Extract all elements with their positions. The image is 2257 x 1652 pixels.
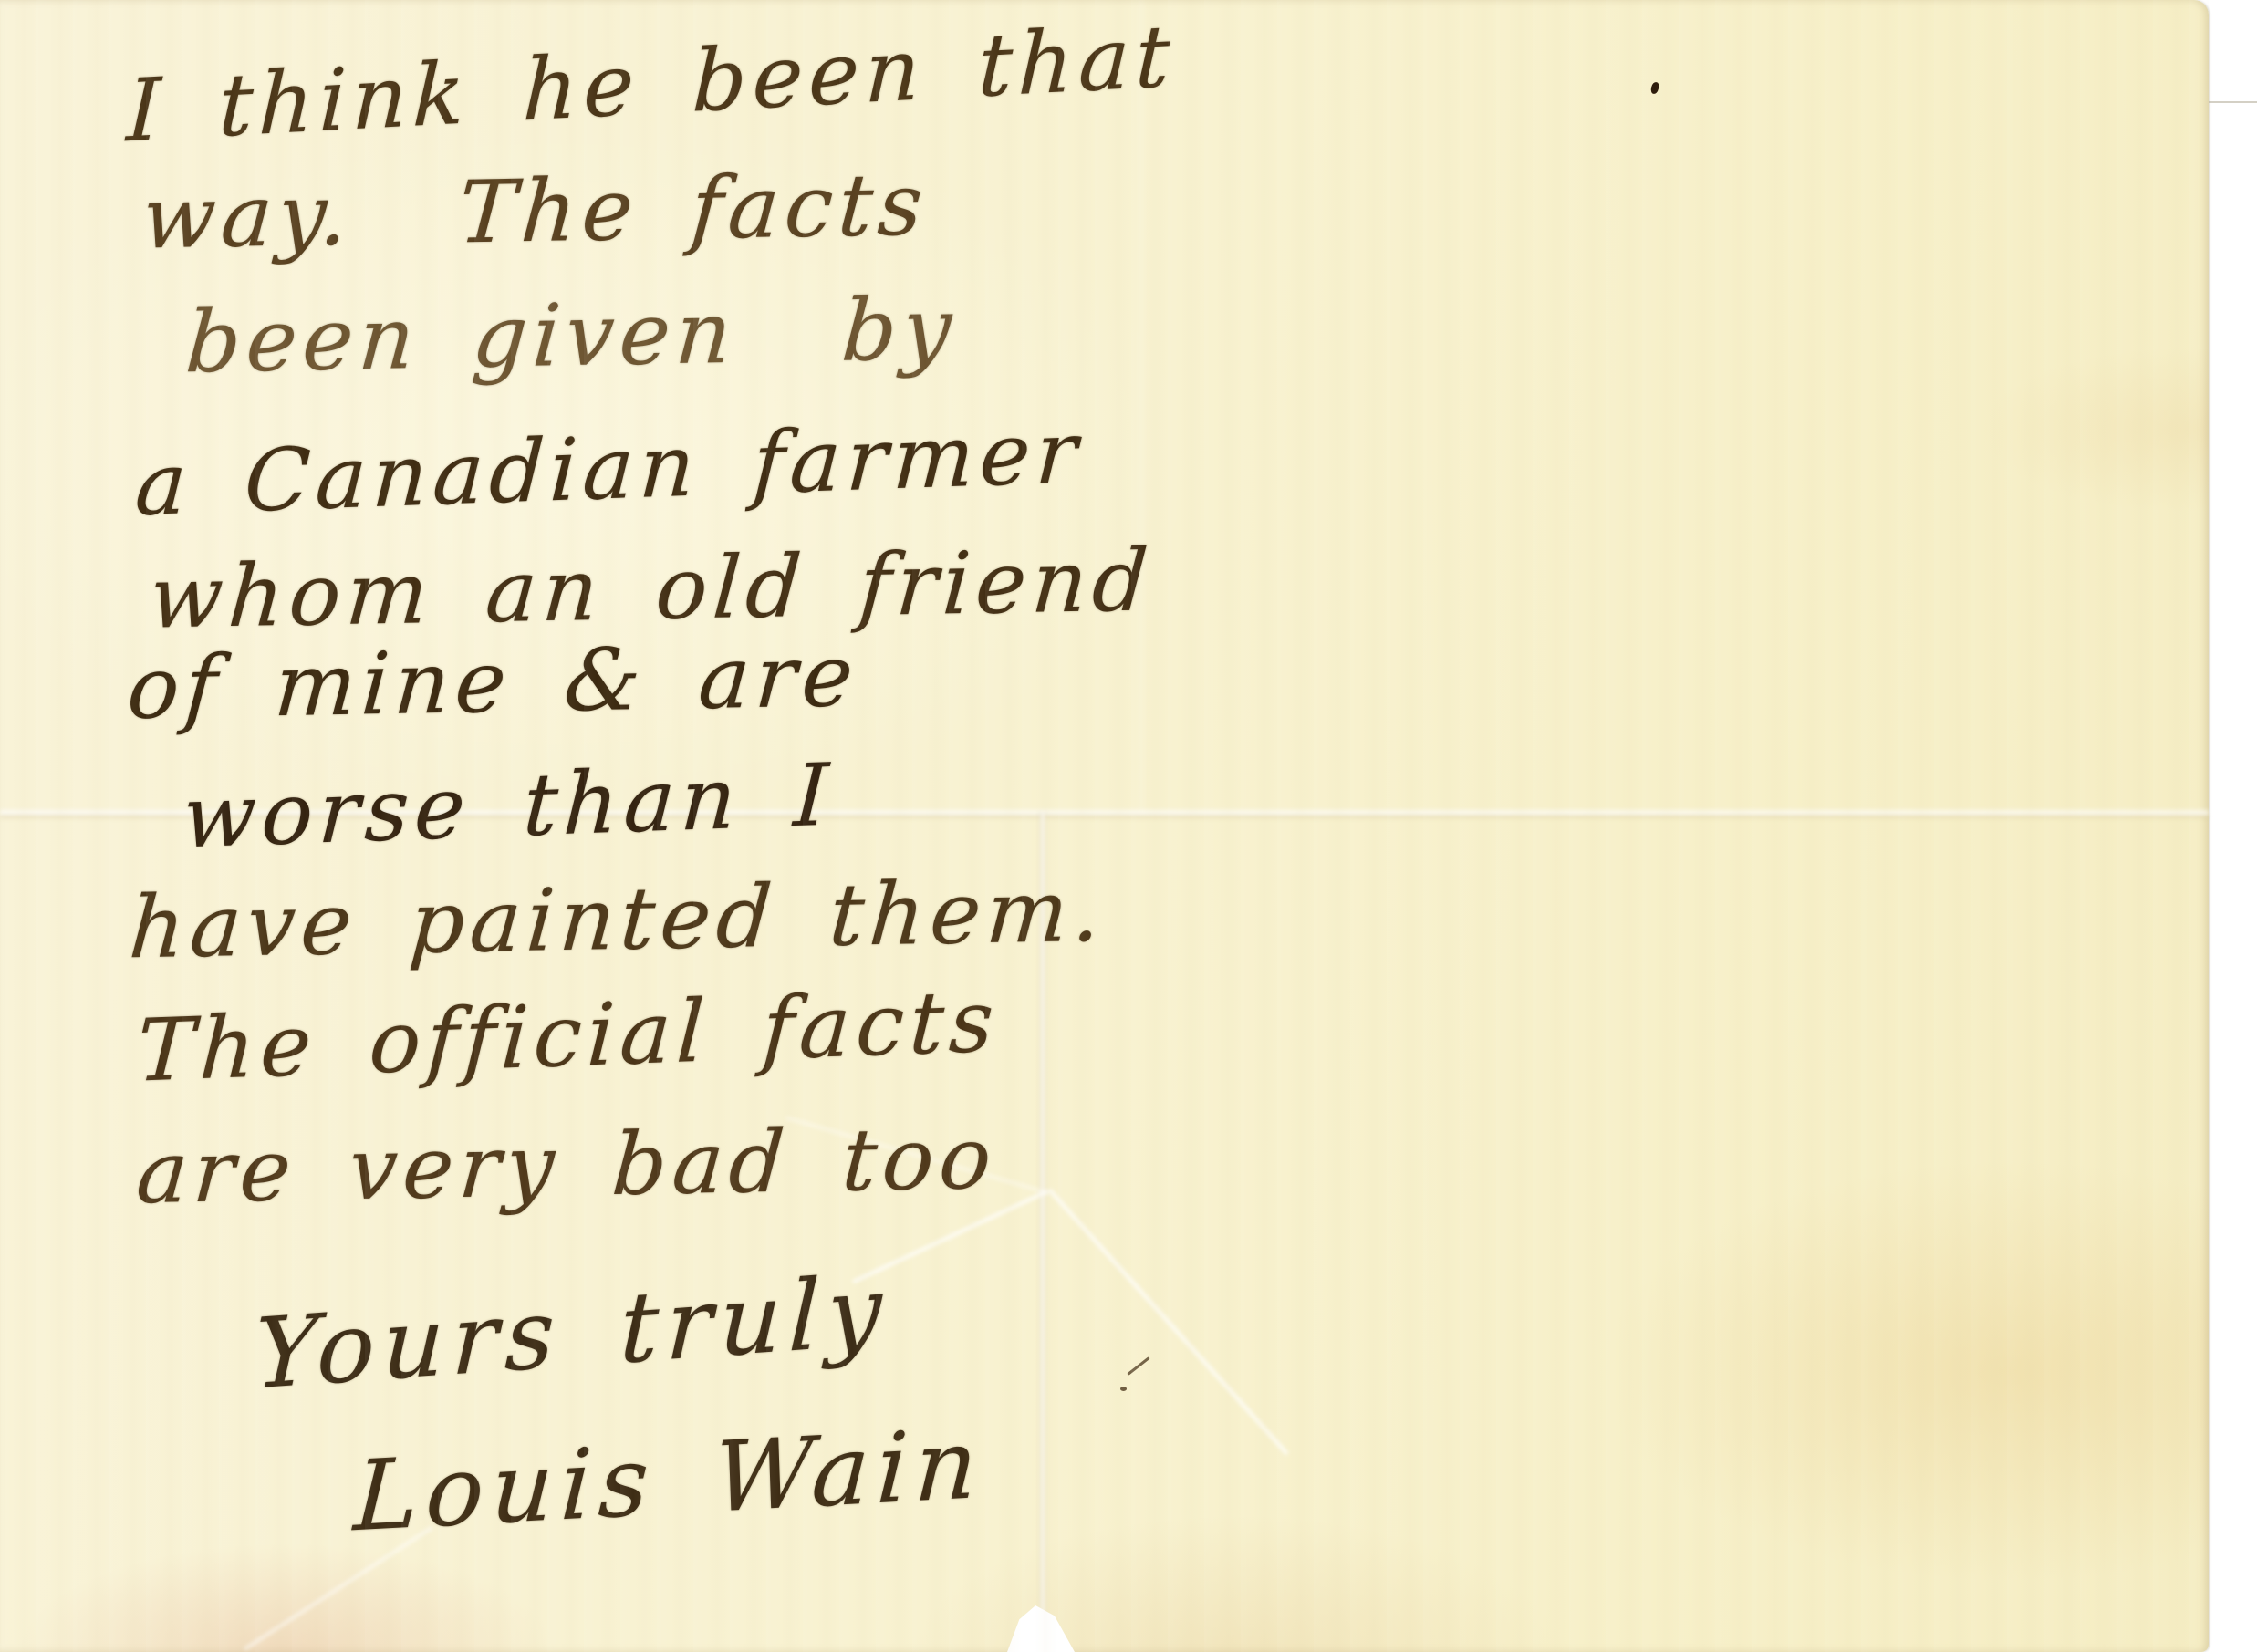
- scanner-scratch-line: [2209, 101, 2257, 103]
- handwriting-line: The official facts: [135, 979, 1002, 1095]
- handwriting-line: whom an old friend: [147, 538, 1156, 641]
- ink-speck: [1650, 81, 1660, 94]
- handwriting-line: a Canadian farmer: [133, 410, 1085, 529]
- handwriting-line: been given by: [183, 287, 960, 387]
- paper-tear: [1007, 1605, 1075, 1652]
- handwriting-line: I think he been that: [125, 15, 1177, 156]
- handwriting-line: way. The facts: [140, 162, 931, 262]
- handwriting-line: of mine & are: [125, 634, 861, 732]
- letter-paper: I think he been that way. The facts been…: [0, 0, 2209, 1652]
- scanned-letter-page: I think he been that way. The facts been…: [0, 0, 2257, 1652]
- stray-pen-dot: [1120, 1387, 1127, 1391]
- handwriting-line: worse than I: [181, 753, 836, 861]
- signature-line: Louis Wain: [352, 1416, 987, 1546]
- vertical-fold-crease-upper: [1139, 0, 1144, 812]
- closing-line: Yours truly: [253, 1262, 890, 1403]
- handwriting-line: are very bad too: [134, 1117, 1000, 1218]
- stray-pen-mark: [1127, 1356, 1149, 1376]
- handwriting-line: have painted them.: [127, 869, 1109, 972]
- diagonal-crease-right: [1048, 1189, 1289, 1456]
